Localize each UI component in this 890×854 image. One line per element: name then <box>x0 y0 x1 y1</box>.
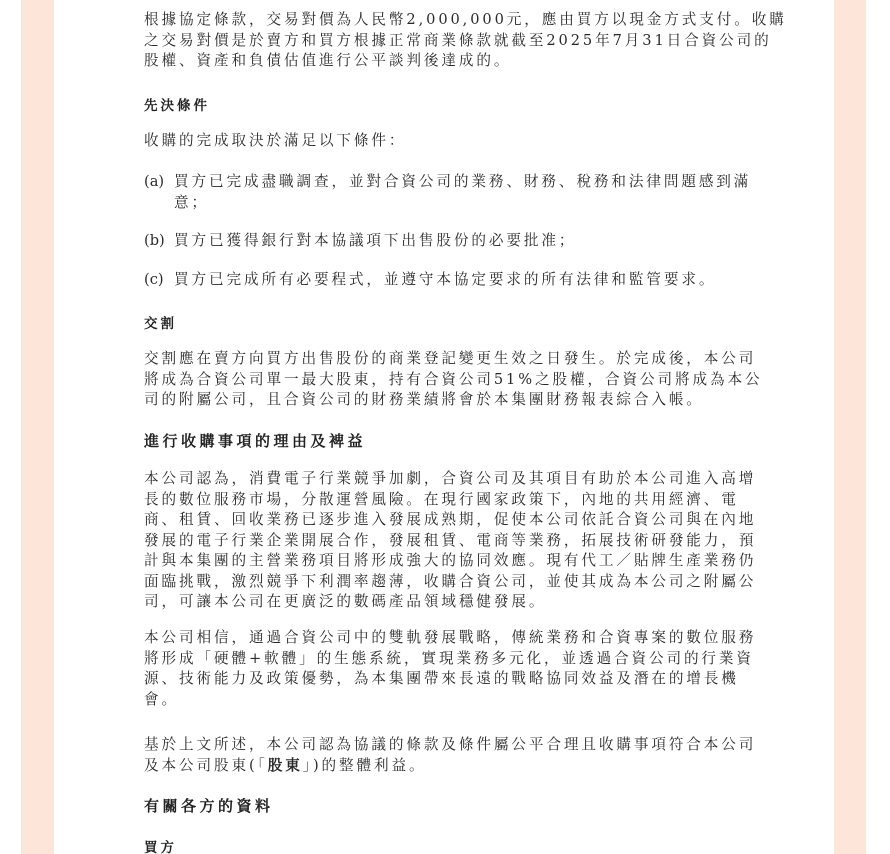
text-line: 買方已完成盡職調查，並對合資公司的業務、財務、稅務和法律問題感到滿 <box>174 172 751 193</box>
paragraph-completion: 交割應在賣方向買方出售股份的商業登記變更生效之日發生。於完成後，本公司 將成為合… <box>144 349 762 411</box>
page-margin-left <box>21 0 54 854</box>
paragraph-consideration: 根據協定條款，交易對價為人民幣2,000,000元，應由買方以現金方式支付。收購… <box>144 10 787 72</box>
heading-parties: 有關各方的資料 <box>144 795 274 816</box>
condition-item-a: (a) 買方已完成盡職調查，並對合資公司的業務、財務、稅務和法律問題感到滿 意； <box>144 172 751 213</box>
text-line: 本公司相信，通過合資公司中的雙軌發展戰略，傳統業務和合資專案的數位服務 <box>144 628 756 649</box>
condition-text: 買方已完成所有必要程式，並遵守本協定要求的所有法律和監管要求。 <box>174 270 716 291</box>
text-line: 意； <box>174 193 751 214</box>
text-line: 根據協定條款，交易對價為人民幣2,000,000元，應由買方以現金方式支付。收購 <box>144 10 787 31</box>
text-line: 司的附屬公司，且合資公司的財務業績將會於本集團財務報表綜合入帳。 <box>144 390 762 411</box>
text-line: 交割應在賣方向買方出售股份的商業登記變更生效之日發生。於完成後，本公司 <box>144 349 762 370</box>
condition-label: (c) <box>144 270 174 291</box>
text-line: 將成為合資公司單一最大股東，持有合資公司51%之股權，合資公司將成為本公 <box>144 370 762 391</box>
paragraph-conclusion: 基於上文所述，本公司認為協議的條款及條件屬公平合理且收購事項符合本公司 及本公司… <box>144 735 756 776</box>
condition-item-c: (c) 買方已完成所有必要程式，並遵守本協定要求的所有法律和監管要求。 <box>144 270 716 291</box>
text-fragment: 及本公司股東(「 <box>144 757 268 774</box>
text-line: 源、技術能力及政策優勢，為本集團帶來長遠的戰略協同效益及潛在的增長機 <box>144 669 756 690</box>
condition-label: (b) <box>144 231 174 252</box>
text-line: 本公司認為，消費電子行業競爭加劇，合資公司及其項目有助於本公司進入高增 <box>144 469 756 490</box>
paragraph-reasons-1: 本公司認為，消費電子行業競爭加劇，合資公司及其項目有助於本公司進入高增 長的數位… <box>144 469 756 613</box>
text-line: 買方已完成所有必要程式，並遵守本協定要求的所有法律和監管要求。 <box>174 270 716 291</box>
text-line: 之交易對價是於賣方和買方根據正常商業條款就截至2025年7月31日合資公司的 <box>144 31 787 52</box>
text-line: 及本公司股東(「股東」)的整體利益。 <box>144 756 756 777</box>
condition-label: (a) <box>144 172 174 213</box>
heading-reasons: 進行收購事項的理由及裨益 <box>144 430 366 451</box>
text-line: 商、租賃、回收業務已逐步進入發展成熟期，促使本公司依託合資公司與在內地 <box>144 510 756 531</box>
condition-text: 買方已完成盡職調查，並對合資公司的業務、財務、稅務和法律問題感到滿 意； <box>174 172 751 213</box>
conditions-intro: 收購的完成取決於滿足以下條件： <box>144 131 406 152</box>
text-line: 計與本集團的主營業務項目將形成強大的協同效應。現有代工／貼牌生產業務仍 <box>144 551 756 572</box>
text-line: 基於上文所述，本公司認為協議的條款及條件屬公平合理且收購事項符合本公司 <box>144 735 756 756</box>
text-fragment: 」)的整體利益。 <box>303 757 427 774</box>
text-line: 買方已獲得銀行對本協議項下出售股份的必要批准； <box>174 231 576 252</box>
text-line: 將形成「硬體+軟體」的生態系統，實現業務多元化，並透過合資公司的行業資 <box>144 649 756 670</box>
condition-item-b: (b) 買方已獲得銀行對本協議項下出售股份的必要批准； <box>144 231 576 252</box>
text-line: 股權、資產和負債估值進行公平談判後達成的。 <box>144 51 787 72</box>
text-line: 發展的電子行業企業開展合作，發展租賃、電商等業務，拓展技術研發能力，預 <box>144 531 756 552</box>
text-line: 長的數位服務市場，分散運營風險。在現行國家政策下，內地的共用經濟、電 <box>144 490 756 511</box>
text-line: 會。 <box>144 690 756 711</box>
defined-term-shareholders: 股東 <box>268 757 303 774</box>
document-page: 根據協定條款，交易對價為人民幣2,000,000元，應由買方以現金方式支付。收購… <box>54 0 834 854</box>
page-margin-right <box>834 0 866 854</box>
text-line: 面臨挑戰，激烈競爭下利潤率趨薄，收購合資公司，並使其成為本公司之附屬公 <box>144 572 756 593</box>
condition-text: 買方已獲得銀行對本協議項下出售股份的必要批准； <box>174 231 576 252</box>
paragraph-reasons-2: 本公司相信，通過合資公司中的雙軌發展戰略，傳統業務和合資專案的數位服務 將形成「… <box>144 628 756 710</box>
heading-conditions: 先決條件 <box>144 94 210 114</box>
text-line: 司，可讓本公司在更廣泛的數碼產品領域穩健發展。 <box>144 592 756 613</box>
heading-completion: 交割 <box>144 312 177 332</box>
heading-buyer: 買方 <box>144 836 177 854</box>
